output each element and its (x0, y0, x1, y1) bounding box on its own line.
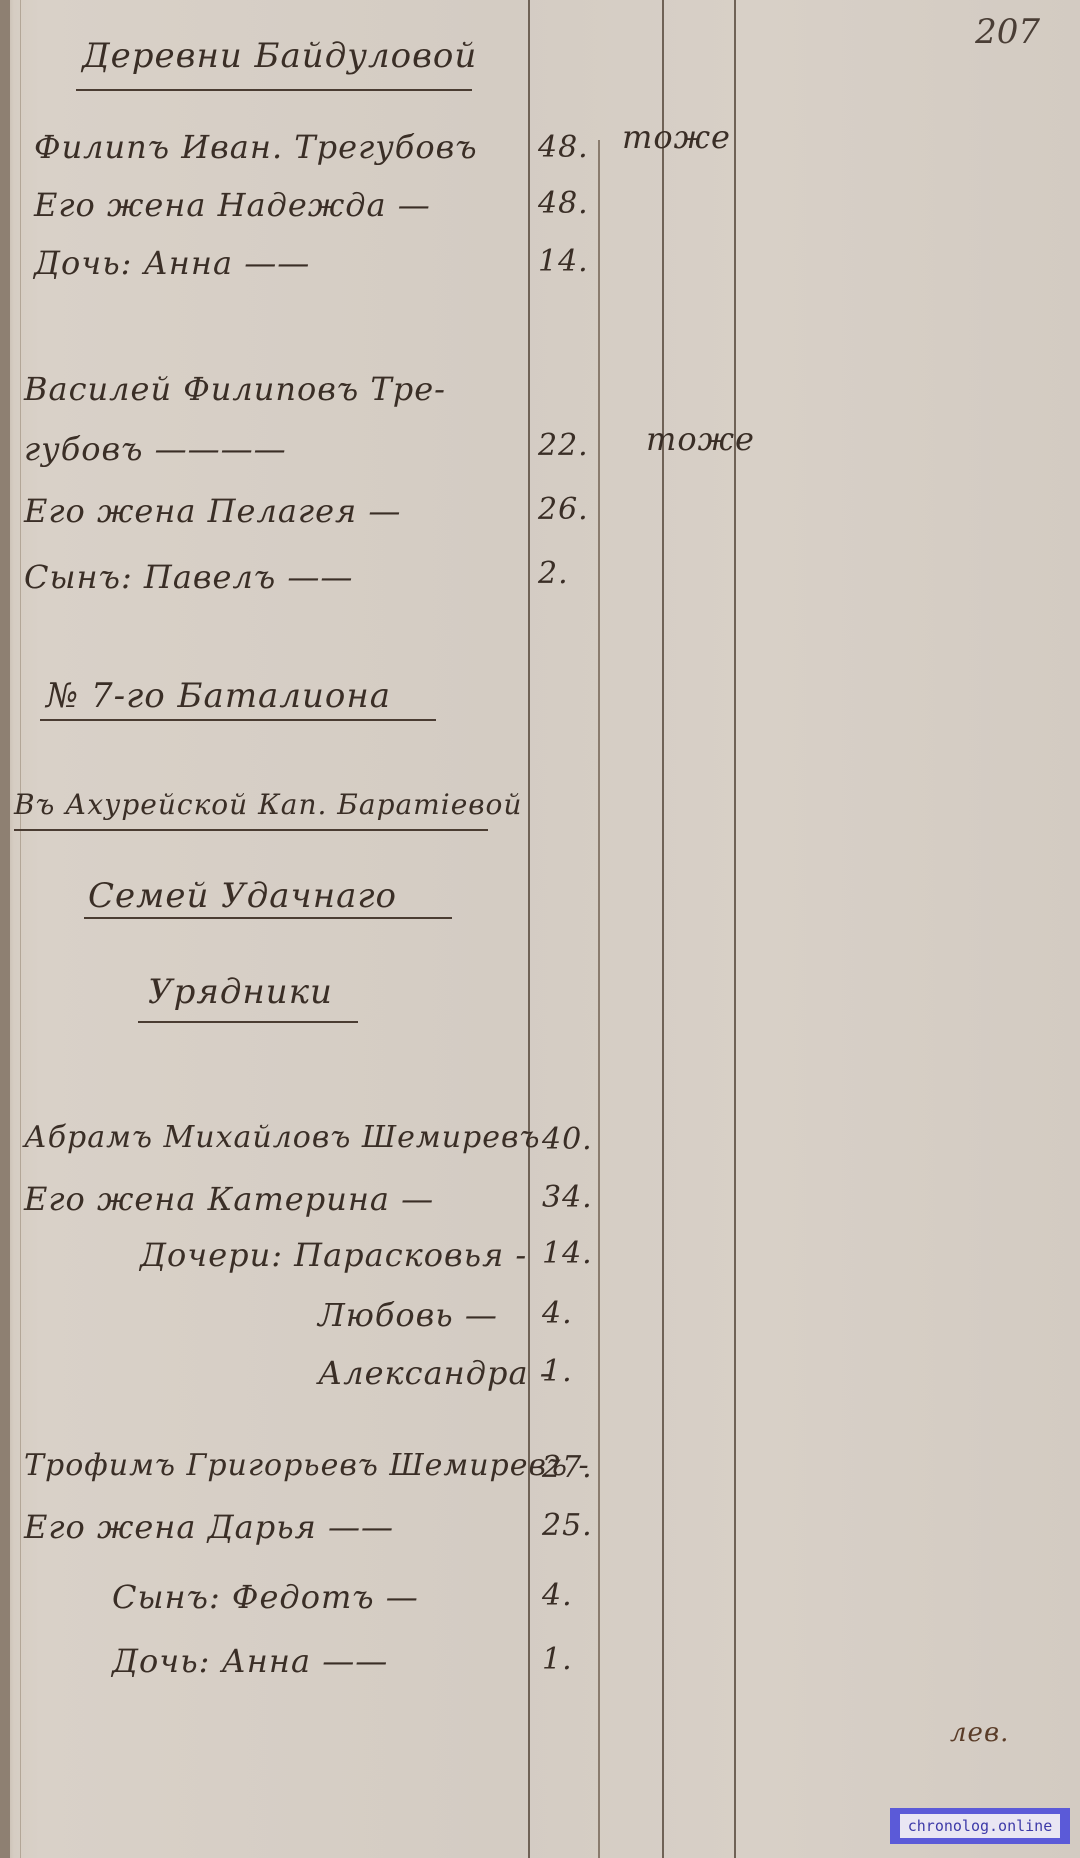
entry-name: Его жена Надежда — (34, 186, 431, 224)
entry-age: 14. (542, 1236, 593, 1271)
entry-age: 4. (542, 1296, 573, 1331)
watermark-badge: chronolog.online (890, 1808, 1070, 1844)
entry-name: Сынъ: Федотъ — (112, 1578, 419, 1616)
ledger-page: 207 Деревни Байдуловой Филипъ Иван. Трег… (0, 0, 1080, 1858)
entry-name: Трофимъ Григорьевъ Шемиревъ - (24, 1448, 590, 1483)
heading-underline (14, 829, 488, 831)
entry-age: 22. (538, 428, 589, 463)
book-binding-edge (0, 0, 10, 1858)
entry-name: Абрамъ Михайловъ Шемиревъ (24, 1120, 540, 1155)
entry-age: 4. (542, 1578, 573, 1613)
column-line-age-right (598, 140, 600, 1858)
entry-age: 26. (538, 492, 589, 527)
section-heading: Деревни Байдуловой (82, 36, 477, 76)
column-line-age-left (528, 0, 530, 1858)
entry-age: 34. (542, 1180, 593, 1215)
entry-age: 27. (542, 1450, 593, 1485)
entry-name: Дочь: Анна —— (34, 244, 310, 282)
column-line-note-left (662, 0, 664, 1858)
entry-age: 48. (538, 186, 589, 221)
heading-underline (40, 719, 436, 721)
section-heading: Въ Ахурейской Кап. Баратіевой (14, 788, 522, 821)
entry-age: 2. (538, 556, 569, 591)
entry-name: Дочь: Анна —— (112, 1642, 388, 1680)
section-heading: Семей Удачнаго (88, 876, 397, 916)
entry-name: Филипъ Иван. Трегубовъ (34, 128, 478, 166)
heading-underline (84, 917, 452, 919)
entry-name: Его жена Катерина — (24, 1180, 434, 1218)
watermark-text: chronolog.online (900, 1814, 1061, 1838)
entry-age: 1. (542, 1642, 573, 1677)
entry-name: Его жена Дарья —— (24, 1508, 394, 1546)
section-heading: Урядники (148, 972, 333, 1012)
entry-name: Василей Филиповъ Тре- (24, 370, 446, 408)
heading-underline (76, 89, 472, 91)
entry-age: 14. (538, 244, 589, 279)
entry-age: 48. (538, 130, 589, 165)
entry-note: тоже (622, 118, 731, 156)
page-number: 207 (975, 12, 1040, 52)
entry-age: 25. (542, 1508, 593, 1543)
entry-name: Его жена Пелагея — (24, 492, 401, 530)
entry-age: 40. (542, 1122, 593, 1157)
entry-name: Любовь — (318, 1296, 498, 1334)
entry-name: Дочери: Парасковья - (140, 1236, 527, 1274)
entry-name: губовъ ———— (24, 430, 287, 468)
column-line-note-right (734, 0, 736, 1858)
section-heading: № 7-го Баталиона (46, 676, 391, 716)
bottom-note: лев. (950, 1718, 1009, 1748)
entry-name: Александра - (318, 1354, 552, 1392)
left-margin-line (20, 0, 21, 1858)
entry-name: Сынъ: Павелъ —— (24, 558, 353, 596)
heading-underline (138, 1021, 358, 1023)
entry-note: тоже (646, 420, 755, 458)
entry-age: 1. (542, 1354, 573, 1389)
